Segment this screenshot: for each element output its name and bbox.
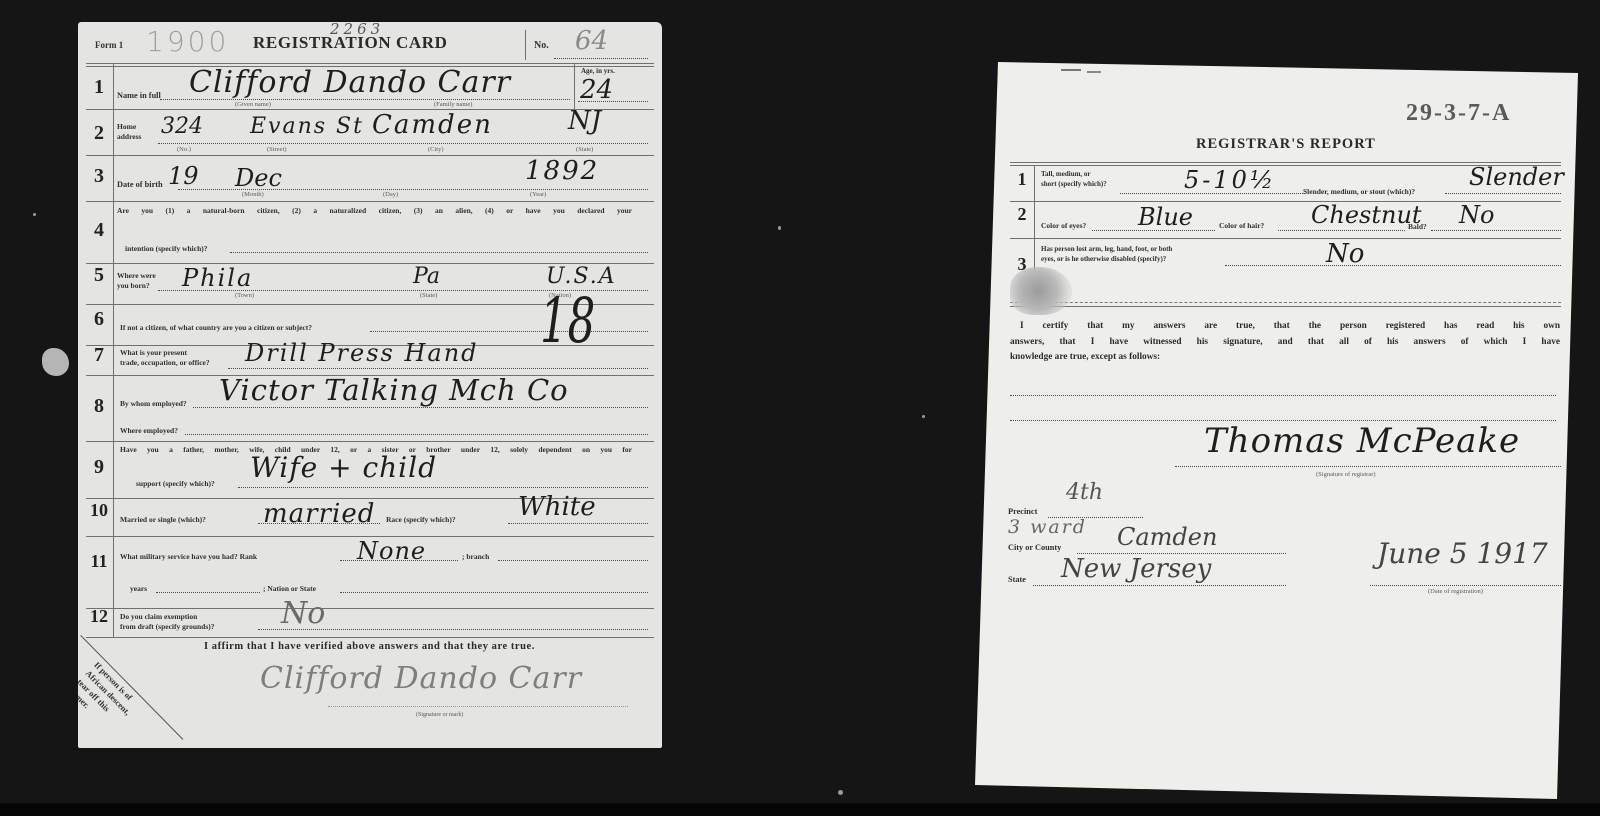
year-caption: (Year) (530, 191, 546, 199)
age-value: 24 (580, 77, 613, 103)
row-divider (1010, 238, 1561, 239)
employer-label: By whom employed? (120, 399, 187, 408)
row-number: 2 (1009, 202, 1035, 226)
disability-label: eyes, or is he otherwise disabled (speci… (1041, 255, 1166, 264)
dust-speck (778, 226, 781, 230)
eye-color-label: Color of eyes? (1041, 221, 1086, 230)
registrar-report-card: 29-3-7-A REGISTRAR'S REPORT 1 Tall, medi… (975, 62, 1578, 799)
registrar-signature: Thomas McPeake (1204, 424, 1520, 458)
hair-color-value: Chestnut (1311, 203, 1422, 227)
form-label: Form 1 (95, 40, 123, 50)
military-service-label: What military service have you had? Rank (120, 552, 257, 561)
service-years-label: years (130, 584, 147, 593)
hair-color-label: Color of hair? (1219, 221, 1264, 230)
row-number: 4 (86, 218, 112, 242)
row-number: 7 (86, 343, 112, 367)
race-label: Race (specify which)? (386, 515, 456, 524)
row-number: 1 (1009, 167, 1035, 191)
pencil-mark (1061, 69, 1081, 71)
home-address-label: Home (117, 122, 136, 131)
state-label: State (1008, 575, 1026, 585)
dotted-line (156, 592, 260, 593)
build-value: Slender (1469, 165, 1564, 189)
registration-date-caption: (Date of registration) (1428, 588, 1483, 596)
dotted-line (340, 592, 648, 593)
row-number: 1 (86, 75, 112, 99)
birth-day-value: 19 (168, 164, 199, 188)
birthplace-label: Where were (117, 271, 156, 280)
row-number: 12 (86, 604, 112, 628)
ink-stamp-smudge (1010, 267, 1072, 315)
employer-value: Victor Talking Mch Co (219, 376, 569, 405)
state-caption: (State) (576, 146, 593, 154)
tear-off-corner-note: If person is of African descent, tear of… (78, 659, 142, 735)
height-value: 5-10½ (1184, 168, 1276, 192)
pencil-mark (1087, 71, 1101, 73)
dotted-line (1431, 230, 1561, 231)
row-divider (86, 201, 654, 202)
address-state-value: NJ (568, 108, 601, 134)
dotted-line (1092, 230, 1215, 231)
build-label: Slender, medium, or stout (which)? (1303, 187, 1415, 196)
number-column-divider (113, 63, 114, 637)
dotted-line (1278, 230, 1405, 231)
dotted-line (1175, 466, 1561, 467)
city-county-label: City or County (1008, 543, 1061, 553)
date-of-birth-label: Date of birth (117, 180, 163, 190)
occupation-value: Drill Press Hand (245, 341, 479, 365)
row-number: 5 (86, 263, 112, 287)
bald-label: Bald? (1408, 222, 1427, 231)
dotted-line (1120, 193, 1305, 194)
town-caption: (Town) (235, 292, 254, 300)
dust-speck (42, 348, 69, 376)
day-caption: (Day) (383, 191, 398, 199)
dotted-line (554, 58, 648, 59)
name-value: Clifford Dando Carr (189, 68, 511, 98)
address-street-value: Evans St (250, 116, 364, 138)
exemption-label: from draft (specify grounds)? (120, 622, 215, 631)
dotted-line (228, 368, 648, 369)
ward-value: 3 ward (1008, 518, 1087, 537)
city-caption: (City) (428, 146, 444, 154)
row-divider (86, 441, 654, 442)
disability-value: No (1326, 241, 1364, 267)
address-number-value: 324 (161, 116, 203, 138)
dotted-line (178, 189, 648, 190)
scan-border-band (0, 803, 1600, 816)
registrant-signature: Clifford Dando Carr (260, 664, 582, 694)
card-title: REGISTRATION CARD (253, 33, 448, 53)
row-number: 3 (86, 164, 112, 188)
branch-label: ; branch (462, 552, 489, 561)
state-caption: (State) (420, 292, 437, 300)
citizenship-question-line2: intention (specify which)? (125, 244, 208, 253)
dotted-line (1370, 585, 1561, 586)
row-number: 2 (86, 121, 112, 145)
dotted-line (1033, 585, 1286, 586)
birth-state-value: Pa (413, 266, 440, 288)
city-county-value: Camden (1117, 525, 1217, 549)
bald-value: No (1459, 203, 1494, 227)
dotted-line (498, 560, 648, 561)
name-label: Name in full (117, 91, 161, 101)
dotted-line (193, 407, 648, 408)
foreign-citizenship-label: If not a citizen, of what country are yo… (120, 323, 312, 332)
dotted-line (508, 523, 648, 524)
dependents-value: Wife + child (250, 454, 437, 482)
signature-caption: (Signature or mark) (416, 711, 463, 719)
pencil-number: 1900 (146, 28, 229, 56)
age-column-divider (574, 63, 575, 109)
eye-color-value: Blue (1138, 205, 1193, 229)
disability-label: Has person lost arm, leg, hand, foot, or… (1041, 245, 1172, 254)
dotted-line (328, 706, 628, 707)
service-nation-label: ; Nation or State (263, 584, 316, 593)
race-value: White (518, 494, 596, 520)
dotted-line (370, 331, 648, 332)
dust-speck (33, 213, 36, 216)
affirmation-text: I affirm that I have verified above answ… (204, 641, 535, 652)
dotted-line (258, 629, 648, 630)
dust-speck (922, 415, 925, 418)
birth-month-value: Dec (235, 166, 282, 190)
number-caption: (No.) (177, 146, 191, 154)
row-number: 11 (86, 549, 112, 573)
street-caption: (Street) (267, 146, 287, 154)
citizenship-question: Are you (1) a natural-born citizen, (2) … (117, 206, 632, 215)
dotted-line (238, 487, 648, 488)
registrar-signature-caption: (Signature of registrar) (1316, 471, 1376, 479)
month-caption: (Month) (242, 191, 264, 199)
dotted-line (1225, 265, 1561, 266)
address-city-value: Camden (372, 112, 493, 138)
given-name-caption: (Given name) (235, 101, 271, 109)
state-value: New Jersey (1061, 556, 1211, 582)
card-no-value: 64 (575, 28, 608, 54)
row-number: 6 (86, 307, 112, 331)
precinct-value: 4th (1066, 482, 1103, 504)
row-number: 8 (86, 394, 112, 418)
header-divider (525, 30, 526, 60)
marital-status-label: Married or single (which)? (120, 515, 206, 524)
height-label: short (specify which)? (1041, 180, 1107, 189)
dotted-line (340, 560, 458, 561)
handwritten-mark: 18 (540, 290, 595, 352)
dotted-line (160, 99, 570, 100)
row-divider (1010, 306, 1561, 307)
dotted-line (158, 143, 648, 144)
birthplace-label: you born? (117, 281, 150, 290)
row-number: 9 (86, 455, 112, 479)
birth-town-value: Phila (182, 266, 253, 290)
occupation-label: What is your present (120, 348, 187, 357)
dotted-line (1445, 193, 1561, 194)
exemption-label: Do you claim exemption (120, 612, 197, 621)
dependents-question-line2: support (specify which)? (136, 479, 215, 488)
birth-year-value: 1892 (525, 158, 599, 184)
certification-line: answers, that I have witnessed his signa… (1010, 337, 1560, 347)
exemption-value: No (281, 599, 325, 629)
dust-speck (838, 790, 843, 795)
row-number: 10 (86, 498, 112, 522)
row-divider (1010, 302, 1561, 303)
dotted-line (185, 434, 648, 435)
work-location-label: Where employed? (120, 426, 178, 435)
family-name-caption: (Family name) (434, 101, 472, 109)
registration-date-value: June 5 1917 (1377, 540, 1548, 568)
row-divider (86, 608, 654, 609)
dotted-line (230, 252, 648, 253)
occupation-label: trade, occupation, or office? (120, 358, 210, 367)
row-divider (86, 637, 654, 638)
exceptions-line (1010, 395, 1556, 396)
home-address-label: address (117, 132, 141, 141)
dotted-line (258, 523, 380, 524)
dotted-line (578, 101, 648, 102)
certification-line: knowledge are true, except as follows: (1010, 352, 1160, 362)
height-label: Tall, medium, or (1041, 170, 1091, 179)
serial-stamp: 29-3-7-A (1406, 100, 1511, 127)
header-rule (86, 63, 654, 64)
registration-card: Form 1 1900 2263 REGISTRATION CARD No. 6… (78, 22, 662, 748)
certification-line: I certify that my answers are true, that… (1020, 321, 1560, 331)
card-no-label: No. (534, 40, 549, 51)
report-title: REGISTRAR'S REPORT (1196, 136, 1376, 153)
